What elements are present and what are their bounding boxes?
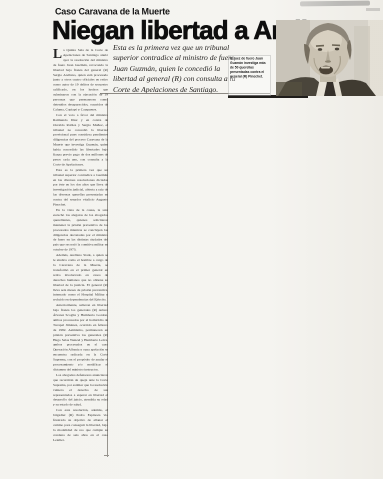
newspaper-clipping: Caso Caravana de la Muerte Niegan libert…: [0, 0, 383, 479]
photo-caption-box: El juez de fuero Juan Guzmán investiga m…: [228, 55, 271, 96]
body-paragraph: Los abogados defensores anunciaron que r…: [53, 373, 108, 408]
photo-juan-guzman: [276, 20, 383, 96]
body-paragraph: En la vista de la causa, la sala escuchó…: [53, 208, 108, 253]
article-lede: Esta es la primera vez que un tribunal s…: [113, 43, 238, 95]
scan-artifact: [366, 8, 380, 11]
scan-artifact: [300, 1, 370, 7]
article-body-column: La Quinta Sala de la Corte de Apelacione…: [53, 48, 108, 458]
body-paragraph: La Quinta Sala de la Corte de Apelacione…: [53, 48, 108, 112]
body-paragraph: Con esta resolución, además, el brigadie…: [53, 408, 108, 443]
body-paragraph: Anteriormente, salieron en libertad bajo…: [53, 303, 108, 372]
body-paragraph: Además, Arellano Stark, a quien se le si…: [53, 253, 108, 303]
portrait-photo-graphic: [276, 20, 383, 96]
drop-cap: L: [53, 48, 63, 59]
body-paragraph: Con el voto a favor del ministro Raimund…: [53, 113, 108, 167]
body-paragraph: Esta es la primera vez que un tribunal s…: [53, 168, 108, 208]
photo-caption: El juez de fuero Juan Guzmán investiga m…: [229, 56, 270, 80]
